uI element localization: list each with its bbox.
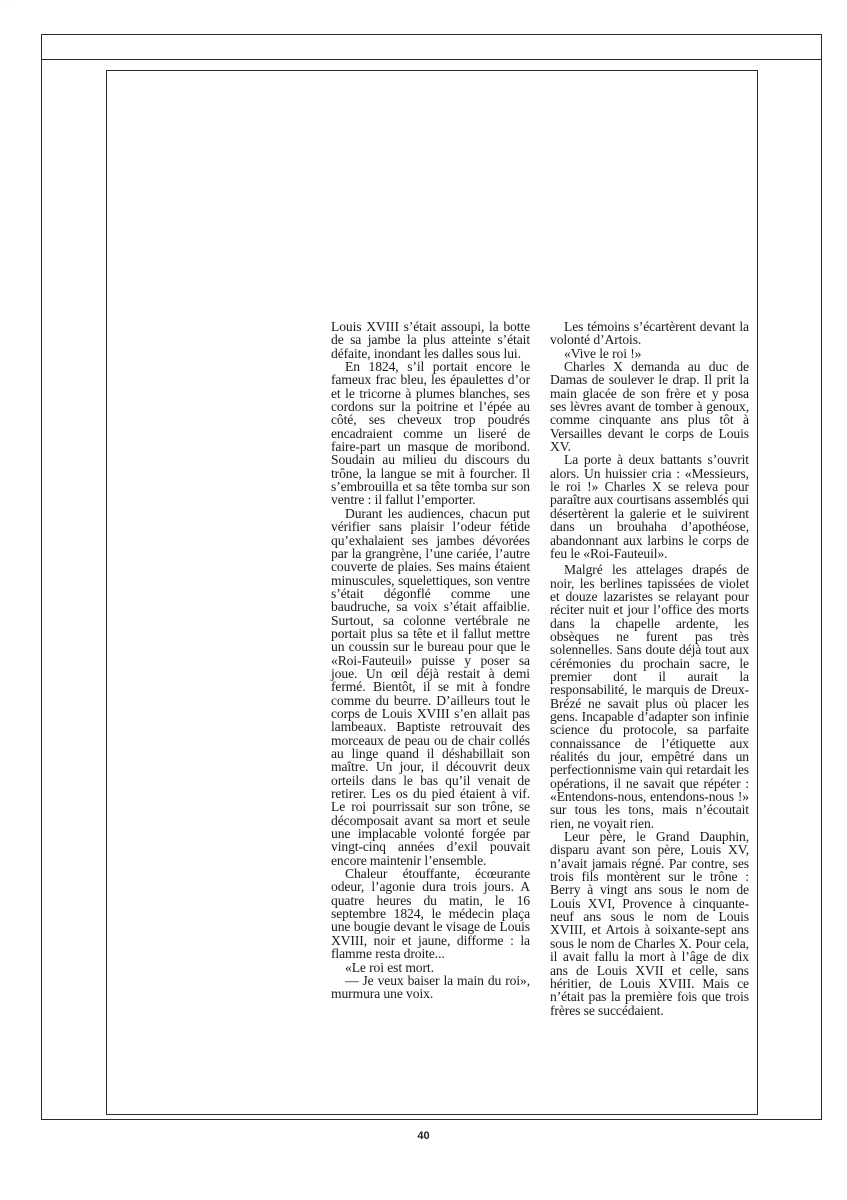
paragraph: Malgré les attelages drapés de noir, les… [550, 563, 749, 830]
paragraph: En 1824, s’il portait encore le fameux f… [331, 360, 530, 507]
page-number: 40 [0, 1130, 847, 1142]
paragraph: «Le roi est mort. [331, 961, 530, 974]
paragraph: Chaleur étouffante, écœurante odeur, l’a… [331, 867, 530, 960]
paragraph: Charles X demanda au duc de Damas de sou… [550, 360, 749, 453]
paragraph: Durant les audiences, chacun put vérifie… [331, 507, 530, 867]
paragraph: Les témoins s’écartèrent devant la volon… [550, 320, 749, 347]
paragraph: «Vive le roi !» [550, 347, 749, 360]
scan-corner-mark: · · · [4, 2, 15, 9]
paragraph: Louis XVIII s’était assoupi, la botte de… [331, 320, 530, 360]
right-text-column: Les témoins s’écartèrent devant la volon… [550, 320, 749, 1017]
paragraph: — Je veux baiser la main du roi», murmur… [331, 974, 530, 1001]
left-text-column: Louis XVIII s’était assoupi, la botte de… [331, 320, 530, 1001]
header-band-rule [41, 59, 822, 60]
paragraph: Leur père, le Grand Dauphin, disparu ava… [550, 830, 749, 1017]
paragraph: La porte à deux battants s’ouvrit alors.… [550, 453, 749, 560]
